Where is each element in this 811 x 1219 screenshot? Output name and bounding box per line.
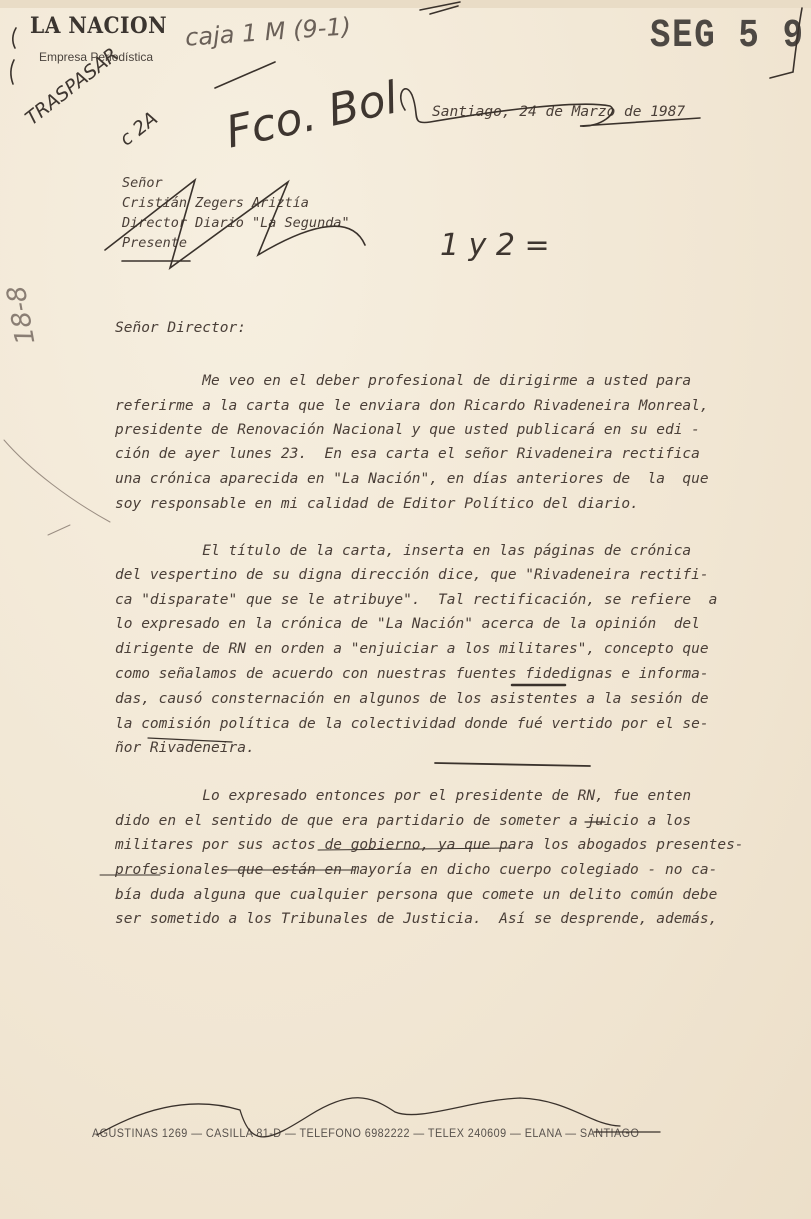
one-and-two-annotation: 1 y 2 = — [440, 228, 550, 263]
body-line: profesionales que están en mayoría en di… — [115, 862, 717, 878]
body-line: presidente de Renovación Nacional y que … — [115, 422, 700, 438]
recipient-name: Cristián Zegers Ariztía — [122, 195, 309, 211]
body-line: una crónica aparecida en "La Nación", en… — [115, 471, 709, 487]
salutation: Señor Director: — [115, 320, 246, 336]
body-line: ser sometido a los Tribunales de Justici… — [115, 911, 717, 927]
box-reference-annotation: caja 1 M (9-1) — [184, 12, 352, 52]
body-line: lo expresado en la crónica de "La Nación… — [115, 616, 700, 632]
body-line: bía duda alguna que cualquier persona qu… — [115, 887, 717, 903]
archive-stamp: SEG 5 9 1 — [650, 14, 811, 59]
body-line: ción de ayer lunes 23. En esa carta el s… — [115, 446, 700, 462]
body-line: dido en el sentido de que era partidario… — [115, 813, 691, 829]
page-top-edge — [0, 0, 811, 8]
place-date: Santiago, 24 de Marzo de 1987 — [432, 104, 685, 120]
recipient-presente: Presente — [122, 235, 187, 251]
body-line: El título de la carta, inserta en las pá… — [115, 543, 691, 559]
body-line: soy responsable en mi calidad de Editor … — [115, 496, 639, 512]
body-line: Lo expresado entonces por el presidente … — [115, 788, 691, 804]
body-line: referirme a la carta que le enviara don … — [115, 398, 709, 414]
margin-number-annotation: 18-8 — [2, 283, 42, 346]
body-line: la comisión política de la colectividad … — [115, 716, 709, 732]
letterhead-logo: LA NACION — [30, 13, 167, 39]
body-line: ca "disparate" que se le atribuye". Tal … — [115, 592, 717, 608]
body-line: das, causó consternación en algunos de l… — [115, 691, 709, 707]
letterhead-footer: AGUSTINAS 1269 — CASILLA 81-D — TELEFONO… — [92, 1126, 639, 1140]
recipient-title: Director Diario "La Segunda" — [122, 215, 350, 231]
body-line: dirigente de RN en orden a "enjuiciar a … — [115, 641, 709, 657]
body-line: como señalamos de acuerdo con nuestras f… — [115, 666, 709, 682]
c2a-annotation: c 2A — [116, 108, 162, 151]
body-line: Me veo en el deber profesional de dirigi… — [115, 373, 691, 389]
recipient-line: Señor — [122, 175, 163, 191]
body-line: militares por sus actos de gobierno, ya … — [115, 837, 744, 853]
signature-annotation: Fco. Bol — [222, 72, 403, 158]
body-line: del vespertino de su digna dirección dic… — [115, 567, 709, 583]
margin-bracket-mark — [13, 28, 16, 48]
body-line: ñor Rivadeneira. — [115, 740, 255, 756]
